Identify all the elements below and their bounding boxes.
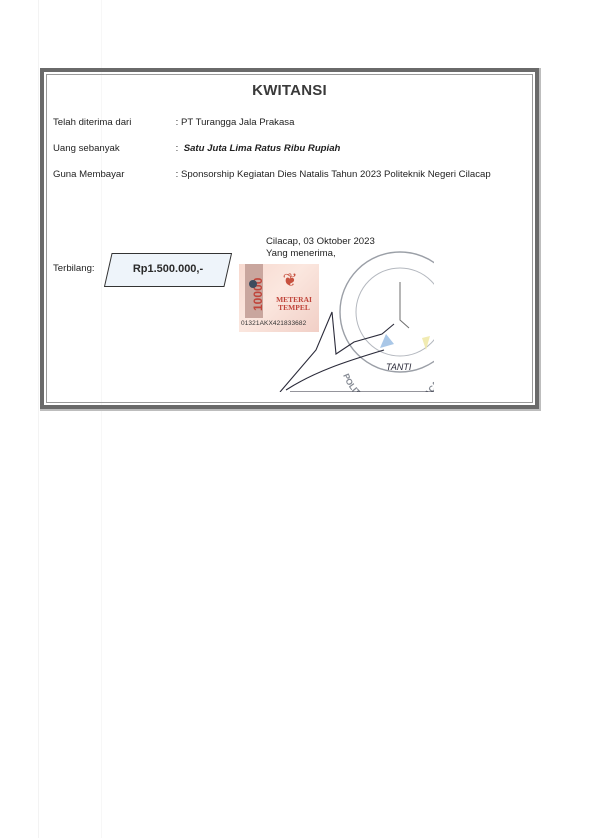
field-label: Uang sebanyak [53, 143, 173, 154]
field-received-from: Telah diterima dari : PT Turangga Jala P… [53, 117, 294, 128]
receipt-frame: KWITANSI Telah diterima dari : PT Turang… [40, 68, 539, 409]
field-label: Guna Membayar [53, 169, 173, 180]
field-value: : PT Turangga Jala Prakasa [176, 117, 295, 128]
amount-value: Rp1.500.000,- [104, 263, 232, 275]
field-amount-words: Uang sebanyak : Satu Juta Lima Ratus Rib… [53, 143, 340, 154]
field-colon: : [176, 143, 179, 154]
field-purpose: Guna Membayar : Sponsorship Kegiatan Die… [53, 169, 491, 180]
amount-box: Rp1.500.000,- [104, 253, 232, 287]
signature-icon [280, 312, 434, 392]
terbilang-label: Terbilang: [53, 263, 95, 274]
receipt-title: KWITANSI [44, 82, 535, 99]
field-label: Telah diterima dari [53, 117, 173, 128]
signature-name: TANTI [386, 362, 412, 372]
seal-and-signature: POLITEKNIK NEGERI CILACAP TANTI [234, 242, 434, 392]
field-value: : Sponsorship Kegiatan Dies Natalis Tahu… [176, 169, 491, 180]
scan-bleed-line [38, 0, 39, 838]
field-value: Satu Juta Lima Ratus Ribu Rupiah [184, 143, 341, 154]
svg-text:POLITEKNIK NEGERI CILACAP: POLITEKNIK NEGERI CILACAP [341, 372, 434, 392]
